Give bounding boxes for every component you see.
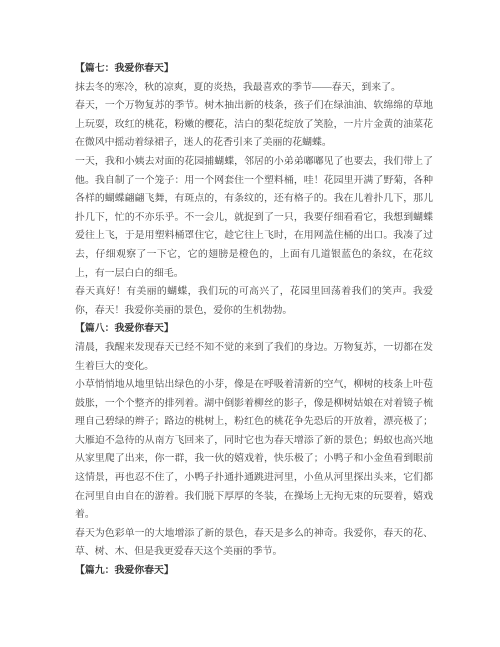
- essay-8-paragraph-3: 春天为色彩单一的大地增添了新的景色，春天是多么的神奇。我爱你，春天的花、草、树、…: [75, 525, 433, 562]
- essay-7-paragraph-3: 一天，我和小姨去对面的花园捕蝴蝶，邻居的小弟弟嘟嘟见了也要去，我们带上了他。我自…: [75, 153, 433, 283]
- essay-8-heading: 【篇八：我爱你春天】: [75, 320, 433, 339]
- essay-8-paragraph-2: 小草悄悄地从地里钻出绿色的小芽，像是在呼吸着清新的空气，柳树的枝条上叶苞鼓胀，一…: [75, 376, 433, 525]
- essay-9-heading: 【篇九：我爱你春天】: [75, 562, 433, 581]
- document-body: 【篇七：我爱你春天】 抹去冬的寒冷，秋的凉爽，夏的炎热，我最喜欢的季节——春天，…: [75, 60, 433, 581]
- essay-7-paragraph-1: 抹去冬的寒冷，秋的凉爽，夏的炎热，我最喜欢的季节——春天，到来了。: [75, 79, 433, 98]
- essay-8-paragraph-1: 清晨，我醒来发现春天已经不知不觉的来到了我们的身边。万物复苏，一切都在发生着巨大…: [75, 339, 433, 376]
- document-page: 【篇七：我爱你春天】 抹去冬的寒冷，秋的凉爽，夏的炎热，我最喜欢的季节——春天，…: [0, 0, 500, 647]
- essay-7-paragraph-2: 春天，一个万物复苏的季节。树木抽出新的枝条，孩子们在绿油油、软绵绵的草地上玩耍，…: [75, 97, 433, 153]
- essay-7-paragraph-4: 春天真好！有美丽的蝴蝶，我们玩的可高兴了，花园里回荡着我们的笑声。我爱你，春天！…: [75, 283, 433, 320]
- essay-7-heading: 【篇七：我爱你春天】: [75, 60, 433, 79]
